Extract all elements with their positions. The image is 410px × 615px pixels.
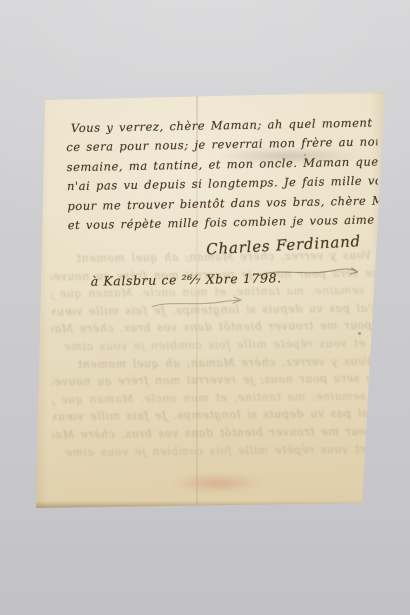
pen-flourish-stroke xyxy=(151,296,249,310)
letter-paper: Vous y verrez, chère Maman; ah quel mome… xyxy=(36,90,385,508)
showthrough-line: et vous répète mille fois combien je vou… xyxy=(53,440,380,461)
letter-body: Vous y verrez, chère Maman; ah quel mome… xyxy=(66,113,379,235)
handwriting-layer: Vous y verrez, chère Maman; ah quel mome… xyxy=(35,84,392,508)
photo-background: Vous y verrez, chère Maman; ah quel mome… xyxy=(0,0,410,615)
